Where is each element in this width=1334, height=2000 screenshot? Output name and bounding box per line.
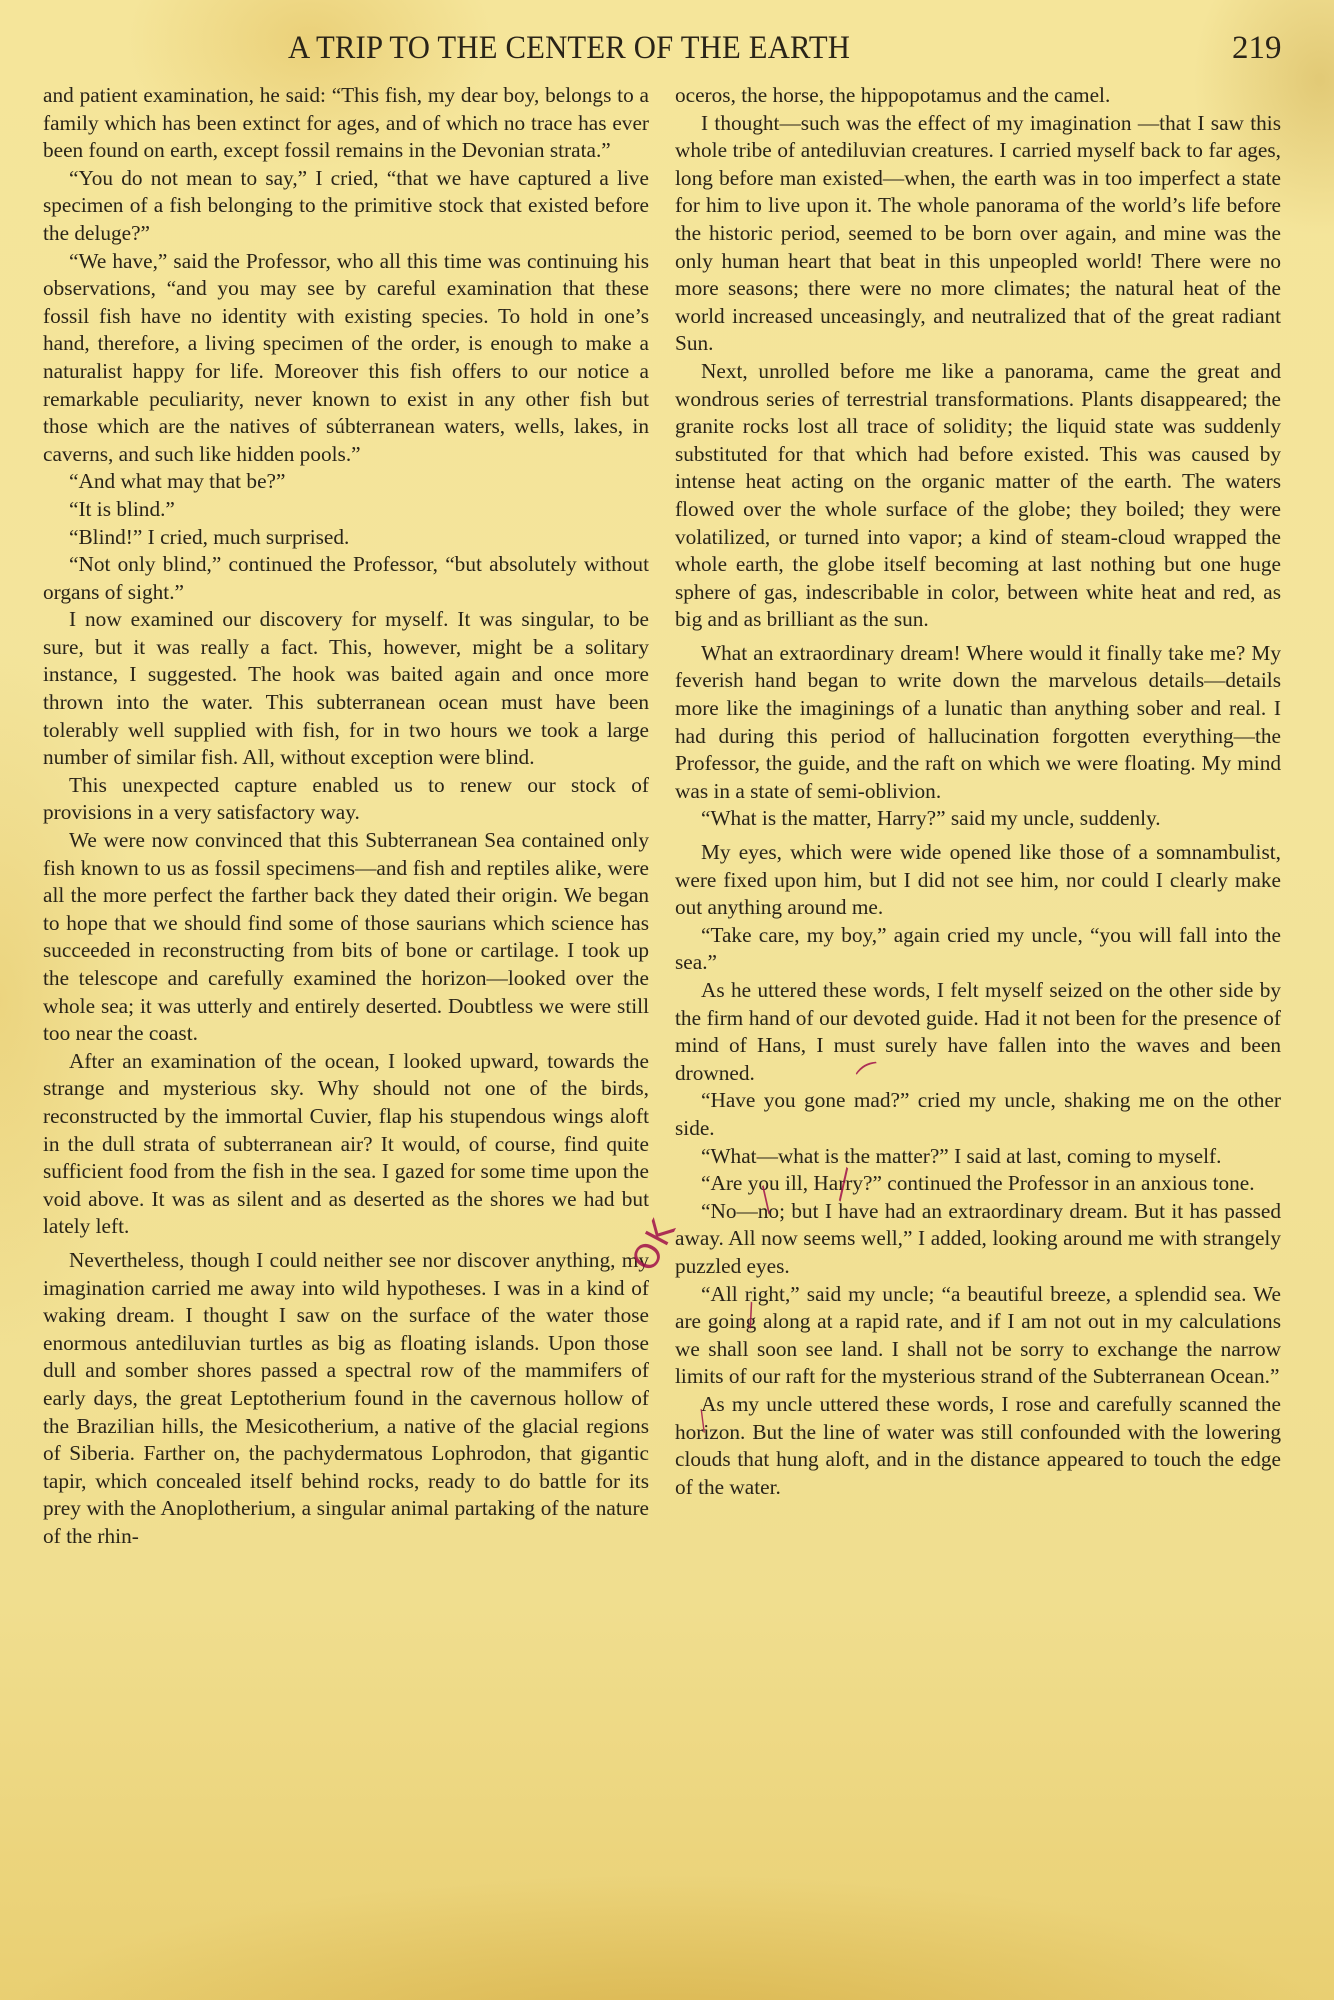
paragraph: “Take care, my boy,” again cried my uncl… (675, 922, 1281, 977)
paragraph: As my uncle uttered these words, I rose … (675, 1391, 1281, 1501)
paragraph: “Are you ill, Harry?” continued the Prof… (675, 1170, 1281, 1198)
paragraph: “It is blind.” (43, 496, 649, 524)
paragraph: “We have,” said the Professor, who all t… (43, 248, 649, 469)
left-column: and patient examination, he said: “This … (43, 82, 649, 1550)
paragraph: and patient examination, he said: “This … (43, 82, 649, 165)
paragraph: This unexpected capture enabled us to re… (43, 772, 649, 827)
paragraph: Next, unrolled before me like a panorama… (675, 358, 1281, 634)
paragraph: After an examination of the ocean, I loo… (43, 1048, 649, 1241)
paragraph: oceros, the horse, the hippopotamus and … (675, 82, 1281, 110)
paragraph: I thought—such was the effect of my imag… (675, 110, 1281, 358)
paragraph: “And what may that be?” (43, 468, 649, 496)
paragraph: Nevertheless, though I could neither see… (43, 1247, 649, 1551)
paragraph: “What—what is the matter?” I said at las… (675, 1143, 1281, 1171)
paragraph: “Not only blind,” continued the Professo… (43, 551, 649, 606)
paragraph: “All right,” said my uncle; “a beautiful… (675, 1281, 1281, 1391)
book-page: A TRIP TO THE CENTER OF THE EARTH 219 an… (0, 0, 1334, 2000)
paragraph: “You do not mean to say,” I cried, “that… (43, 165, 649, 248)
paragraph: “Have you gone mad?” cried my uncle, sha… (675, 1087, 1281, 1142)
paragraph: As he uttered these words, I felt myself… (675, 977, 1281, 1087)
paragraph: My eyes, which were wide opened like tho… (675, 839, 1281, 922)
paragraph: “Blind!” I cried, much surprised. (43, 524, 649, 552)
running-title: A TRIP TO THE CENTER OF THE EARTH (288, 30, 850, 67)
paragraph: I now examined our discovery for myself.… (43, 606, 649, 772)
running-head: A TRIP TO THE CENTER OF THE EARTH 219 (0, 30, 1334, 70)
paragraph: We were now convinced that this Subterra… (43, 827, 649, 1048)
paragraph: What an extraordinary dream! Where would… (675, 640, 1281, 806)
right-column: oceros, the horse, the hippopotamus and … (675, 82, 1281, 1501)
paragraph: “No—no; but I have had an extraordinary … (675, 1198, 1281, 1281)
page-number: 219 (1232, 30, 1282, 67)
paragraph: “What is the matter, Harry?” said my unc… (675, 805, 1281, 833)
